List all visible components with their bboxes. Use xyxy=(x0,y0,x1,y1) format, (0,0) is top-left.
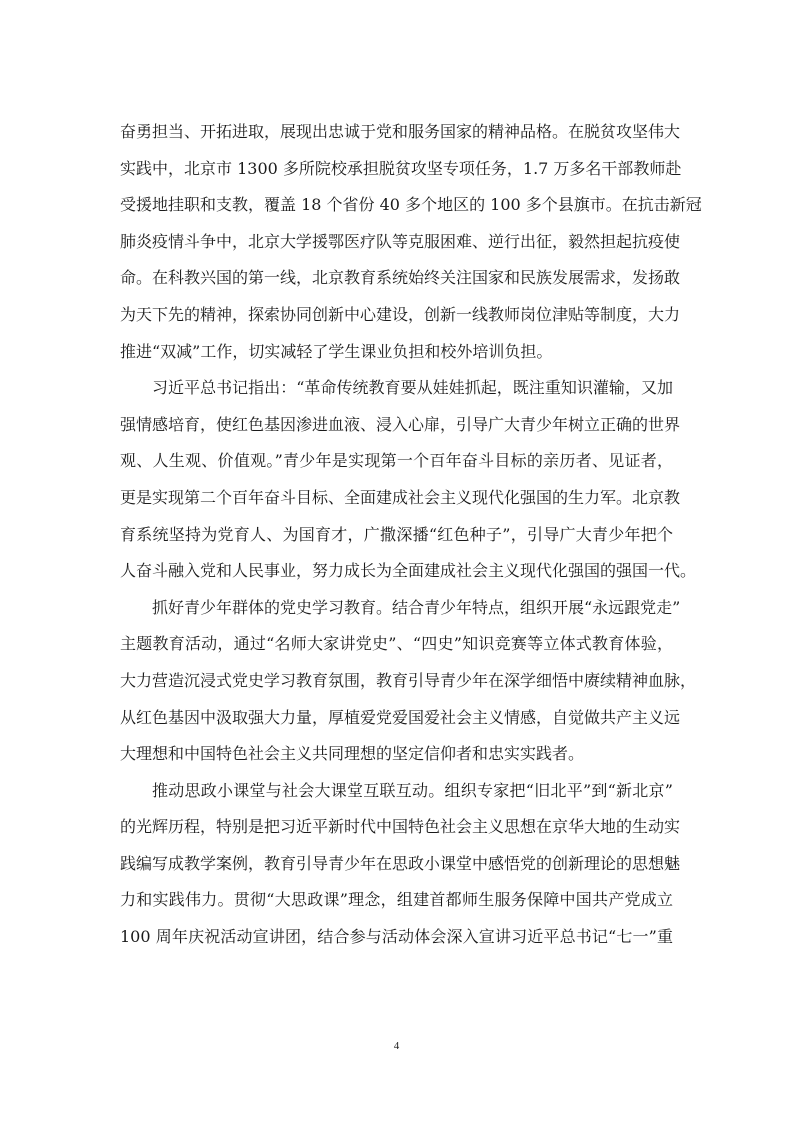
text-line: 为天下先的精神，探索协同创新中心建设，创新一线教师岗位津贴等制度，大力 xyxy=(120,297,673,334)
text-line: 肺炎疫情斗争中，北京大学援鄂医疗队等克服困难、逆行出征，毅然担起抗疫使 xyxy=(120,224,673,261)
text-line: 命。在科教兴国的第一线，北京教育系统始终关注国家和民族发展需求，发扬敢 xyxy=(120,260,673,297)
page-number: 4 xyxy=(0,1040,793,1052)
text-line: 强情感培育，使红色基因渗进血液、浸入心扉，引导广大青少年树立正确的世界 xyxy=(120,407,673,444)
text-line: 人奋斗融入党和人民事业，努力成长为全面建成社会主义现代化强国的强国一代。 xyxy=(120,553,673,590)
text-line: 的光辉历程，特别是把习近平新时代中国特色社会主义思想在京华大地的生动实 xyxy=(120,809,673,846)
text-line: 100 周年庆祝活动宣讲团，结合参与活动体会深入宣讲习近平总书记“七一”重 xyxy=(120,919,673,956)
text-line: 观、人生观、价值观。”青少年是实现第一个百年奋斗目标的亲历者、见证者， xyxy=(120,443,673,480)
text-line: 大理想和中国特色社会主义共同理想的坚定信仰者和忠实实践者。 xyxy=(120,736,673,773)
text-line: 抓好青少年群体的党史学习教育。结合青少年特点，组织开展“永远跟党走” xyxy=(120,590,673,627)
text-line: 力和实践伟力。贯彻“大思政课”理念，组建首都师生服务保障中国共产党成立 xyxy=(120,882,673,919)
text-line: 习近平总书记指出：“革命传统教育要从娃娃抓起，既注重知识灌输，又加 xyxy=(120,370,673,407)
text-line: 受援地挂职和支教，覆盖 18 个省份 40 多个地区的 100 多个县旗市。在抗… xyxy=(120,187,673,224)
document-page: 奋勇担当、开拓进取，展现出忠诚于党和服务国家的精神品格。在脱贫攻坚伟大 实践中，… xyxy=(0,0,793,1122)
text-line: 更是实现第二个百年奋斗目标、全面建成社会主义现代化强国的生力军。北京教 xyxy=(120,480,673,517)
text-line: 推进“双减”工作，切实减轻了学生课业负担和校外培训负担。 xyxy=(120,334,673,371)
paragraph-2: 习近平总书记指出：“革命传统教育要从娃娃抓起，既注重知识灌输，又加 强情感培育，… xyxy=(120,370,673,590)
paragraph-1: 奋勇担当、开拓进取，展现出忠诚于党和服务国家的精神品格。在脱贫攻坚伟大 实践中，… xyxy=(120,114,673,370)
text-line: 推动思政小课堂与社会大课堂互联互动。组织专家把“旧北平”到“新北京” xyxy=(120,773,673,810)
body-text: 奋勇担当、开拓进取，展现出忠诚于党和服务国家的精神品格。在脱贫攻坚伟大 实践中，… xyxy=(120,114,673,956)
text-line: 践编写成教学案例，教育引导青少年在思政小课堂中感悟党的创新理论的思想魅 xyxy=(120,846,673,883)
text-line: 育系统坚持为党育人、为国育才，广撒深播“红色种子”，引导广大青少年把个 xyxy=(120,517,673,554)
text-line: 大力营造沉浸式党史学习教育氛围，教育引导青少年在深学细悟中赓续精神血脉， xyxy=(120,663,673,700)
text-line: 从红色基因中汲取强大力量，厚植爱党爱国爱社会主义情感，自觉做共产主义远 xyxy=(120,700,673,737)
text-line: 奋勇担当、开拓进取，展现出忠诚于党和服务国家的精神品格。在脱贫攻坚伟大 xyxy=(120,114,673,151)
paragraph-4: 推动思政小课堂与社会大课堂互联互动。组织专家把“旧北平”到“新北京” 的光辉历程… xyxy=(120,773,673,956)
text-line: 主题教育活动，通过“名师大家讲党史”、“四史”知识竞赛等立体式教育体验， xyxy=(120,626,673,663)
paragraph-3: 抓好青少年群体的党史学习教育。结合青少年特点，组织开展“永远跟党走” 主题教育活… xyxy=(120,590,673,773)
text-line: 实践中，北京市 1300 多所院校承担脱贫攻坚专项任务，1.7 万多名干部教师赴 xyxy=(120,151,673,188)
